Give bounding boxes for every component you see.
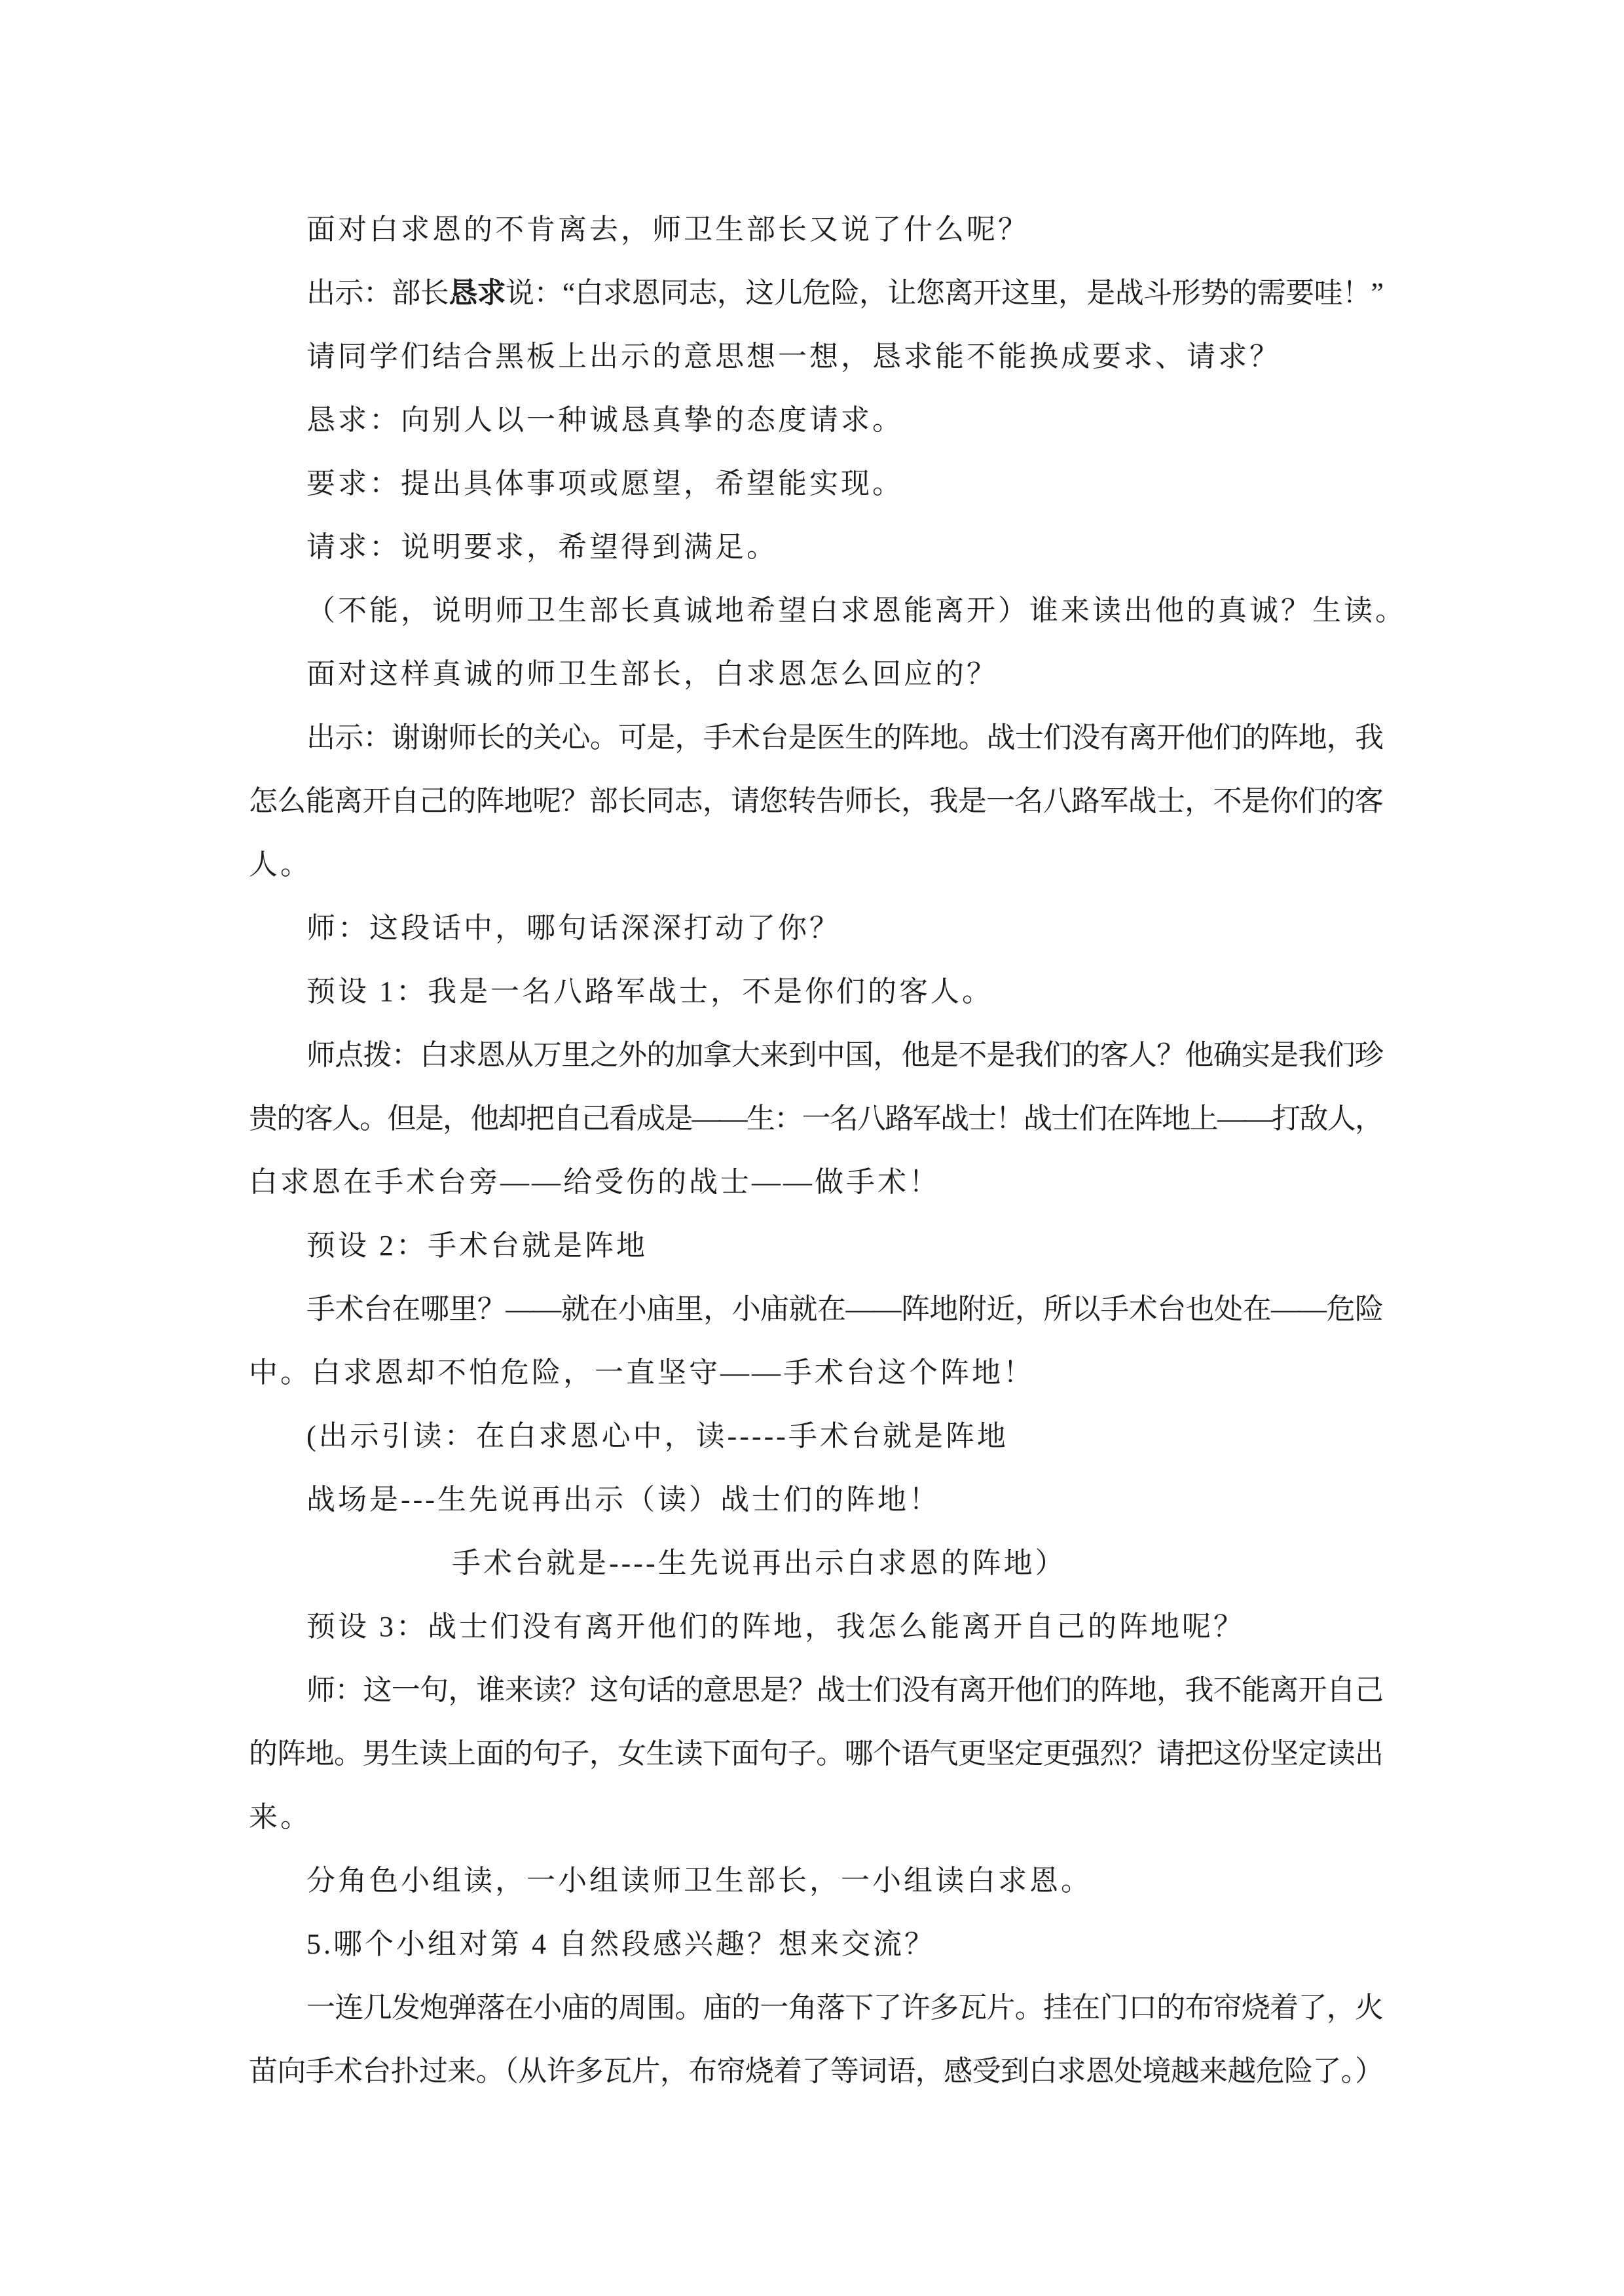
text-segment: 请求：说明要求，希望得到满足。 — [306, 531, 778, 563]
text-segment: 来。 — [249, 1801, 312, 1833]
text-segment: 恳求：向别人以一种诚恳真挚的态度请求。 — [306, 404, 904, 436]
text-segment: 面对白求恩的不肯离去，师卫生部长又说了什么呢？ — [306, 213, 1029, 246]
text-line: 面对这样真诚的师卫生部长，白求恩怎么回应的？ — [249, 642, 1382, 706]
text-line: 预设 3：战士们没有离开他们的阵地，我怎么能离开自己的阵地呢？ — [249, 1595, 1382, 1658]
text-segment: 分角色小组读，一小组读师卫生部长，一小组读白求恩。 — [306, 1865, 1092, 1897]
document-page: 面对白求恩的不肯离去，师卫生部长又说了什么呢？出示：部长恳求说：“白求恩同志，这… — [0, 0, 1624, 2296]
text-segment: 5.哪个小组对第 4 自然段感兴趣？想来交流？ — [306, 1928, 936, 1960]
text-segment: 要求：提出具体事项或愿望，希望能实现。 — [306, 467, 904, 500]
text-segment: 中。白求恩却不怕危险，一直坚守——手术台这个阵地！ — [249, 1357, 1035, 1389]
text-segment: 手术台就是----生先说再出示白求恩的阵地） — [452, 1547, 1067, 1579]
text-line: 恳求：向别人以一种诚恳真挚的态度请求。 — [249, 388, 1382, 452]
text-segment: 师：这段话中，哪句话深深打动了你？ — [306, 912, 841, 944]
text-segment: 预设 3：战士们没有离开他们的阵地，我怎么能离开自己的阵地呢？ — [306, 1611, 1245, 1643]
text-line: 怎么能离开自己的阵地呢？部长同志，请您转告师长，我是一名八路军战士，不是你们的客 — [249, 769, 1382, 833]
text-segment: 预设 1：我是一名八路军战士，不是你们的客人。 — [306, 975, 993, 1008]
emphasized-text: 恳求 — [449, 277, 506, 309]
text-segment: 出示：谢谢师长的关心。可是，手术台是医生的阵地。战士们没有离开他们的阵地，我 — [306, 721, 1382, 754]
text-segment: 请同学们结合黑板上出示的意思想一想，恳求能不能换成要求、请求？ — [306, 340, 1281, 373]
text-line: 人。 — [249, 833, 1382, 896]
text-line: 手术台就是----生先说再出示白求恩的阵地） — [249, 1531, 1382, 1595]
text-segment: 苗向手术台扑过来。（从许多瓦片，布帘烧着了等词语，感受到白求恩处境越来越危险了。… — [249, 2055, 1382, 2087]
text-segment: 贵的客人。但是，他却把自己看成是——生：一名八路军战士！战士们在阵地上——打敌人… — [249, 1102, 1382, 1135]
text-line: 预设 1：我是一名八路军战士，不是你们的客人。 — [249, 960, 1382, 1023]
text-line: 中。白求恩却不怕危险，一直坚守——手术台这个阵地！ — [249, 1341, 1382, 1404]
text-line: (出示引读：在白求恩心中，读-----手术台就是阵地 — [249, 1404, 1382, 1468]
text-line: 战场是---生先说再出示（读）战士们的阵地！ — [249, 1468, 1382, 1531]
text-line: 请同学们结合黑板上出示的意思想一想，恳求能不能换成要求、请求？ — [249, 325, 1382, 388]
text-line: 师：这一句，谁来读？这句话的意思是？战士们没有离开他们的阵地，我不能离开自己 — [249, 1658, 1382, 1722]
text-line: 出示：部长恳求说：“白求恩同志，这儿危险，让您离开这里，是战斗形势的需要哇！” — [249, 261, 1382, 325]
text-line: 苗向手术台扑过来。（从许多瓦片，布帘烧着了等词语，感受到白求恩处境越来越危险了。… — [249, 2039, 1382, 2103]
text-segment: (出示引读：在白求恩心中，读-----手术台就是阵地 — [306, 1420, 1008, 1452]
text-line: 师：这段话中，哪句话深深打动了你？ — [249, 896, 1382, 960]
text-segment: 师点拨：白求恩从万里之外的加拿大来到中国，他是不是我们的客人？他确实是我们珍 — [306, 1039, 1382, 1071]
text-line: 手术台在哪里？——就在小庙里，小庙就在——阵地附近，所以手术台也处在——危险 — [249, 1277, 1382, 1341]
text-line: 请求：说明要求，希望得到满足。 — [249, 515, 1382, 579]
text-line: 白求恩在手术台旁——给受伤的战士——做手术！ — [249, 1150, 1382, 1214]
document-text-block: 面对白求恩的不肯离去，师卫生部长又说了什么呢？出示：部长恳求说：“白求恩同志，这… — [249, 198, 1382, 2103]
text-segment: 面对这样真诚的师卫生部长，白求恩怎么回应的？ — [306, 658, 998, 690]
text-line: 一连几发炮弹落在小庙的周围。庙的一角落下了许多瓦片。挂在门口的布帘烧着了，火 — [249, 1976, 1382, 2039]
text-segment: 手术台在哪里？——就在小庙里，小庙就在——阵地附近，所以手术台也处在——危险 — [306, 1293, 1382, 1325]
text-line: 师点拨：白求恩从万里之外的加拿大来到中国，他是不是我们的客人？他确实是我们珍 — [249, 1023, 1382, 1087]
text-segment: 战场是---生先说再出示（读）战士们的阵地！ — [306, 1484, 940, 1516]
text-line: 面对白求恩的不肯离去，师卫生部长又说了什么呢？ — [249, 198, 1382, 261]
text-segment: 人。 — [249, 848, 312, 881]
text-line: 要求：提出具体事项或愿望，希望能实现。 — [249, 452, 1382, 515]
text-line: 的阵地。男生读上面的句子，女生读下面句子。哪个语气更坚定更强烈？请把这份坚定读出 — [249, 1722, 1382, 1785]
text-line: 来。 — [249, 1785, 1382, 1849]
text-line: 出示：谢谢师长的关心。可是，手术台是医生的阵地。战士们没有离开他们的阵地，我 — [249, 706, 1382, 769]
text-line: 分角色小组读，一小组读师卫生部长，一小组读白求恩。 — [249, 1849, 1382, 1912]
text-segment: 出示：部长 — [306, 277, 449, 309]
text-segment: 说：“白求恩同志，这儿危险，让您离开这里，是战斗形势的需要哇！” — [506, 277, 1382, 309]
text-segment: 一连几发炮弹落在小庙的周围。庙的一角落下了许多瓦片。挂在门口的布帘烧着了，火 — [306, 1992, 1382, 2024]
text-line: 贵的客人。但是，他却把自己看成是——生：一名八路军战士！战士们在阵地上——打敌人… — [249, 1087, 1382, 1150]
text-line: 5.哪个小组对第 4 自然段感兴趣？想来交流？ — [249, 1912, 1382, 1976]
text-segment: 师：这一句，谁来读？这句话的意思是？战士们没有离开他们的阵地，我不能离开自己 — [306, 1674, 1382, 1706]
text-line: （不能，说明师卫生部长真诚地希望白求恩能离开）谁来读出他的真诚？生读。 — [249, 579, 1382, 642]
text-segment: 怎么能离开自己的阵地呢？部长同志，请您转告师长，我是一名八路军战士，不是你们的客 — [249, 785, 1382, 817]
text-segment: 的阵地。男生读上面的句子，女生读下面句子。哪个语气更坚定更强烈？请把这份坚定读出 — [249, 1738, 1382, 1770]
text-line: 预设 2：手术台就是阵地 — [249, 1214, 1382, 1277]
text-segment: （不能，说明师卫生部长真诚地希望白求恩能离开）谁来读出他的真诚？生读。 — [306, 594, 1407, 627]
text-segment: 白求恩在手术台旁——给受伤的战士——做手术！ — [249, 1166, 940, 1198]
text-segment: 预设 2：手术台就是阵地 — [306, 1230, 648, 1262]
